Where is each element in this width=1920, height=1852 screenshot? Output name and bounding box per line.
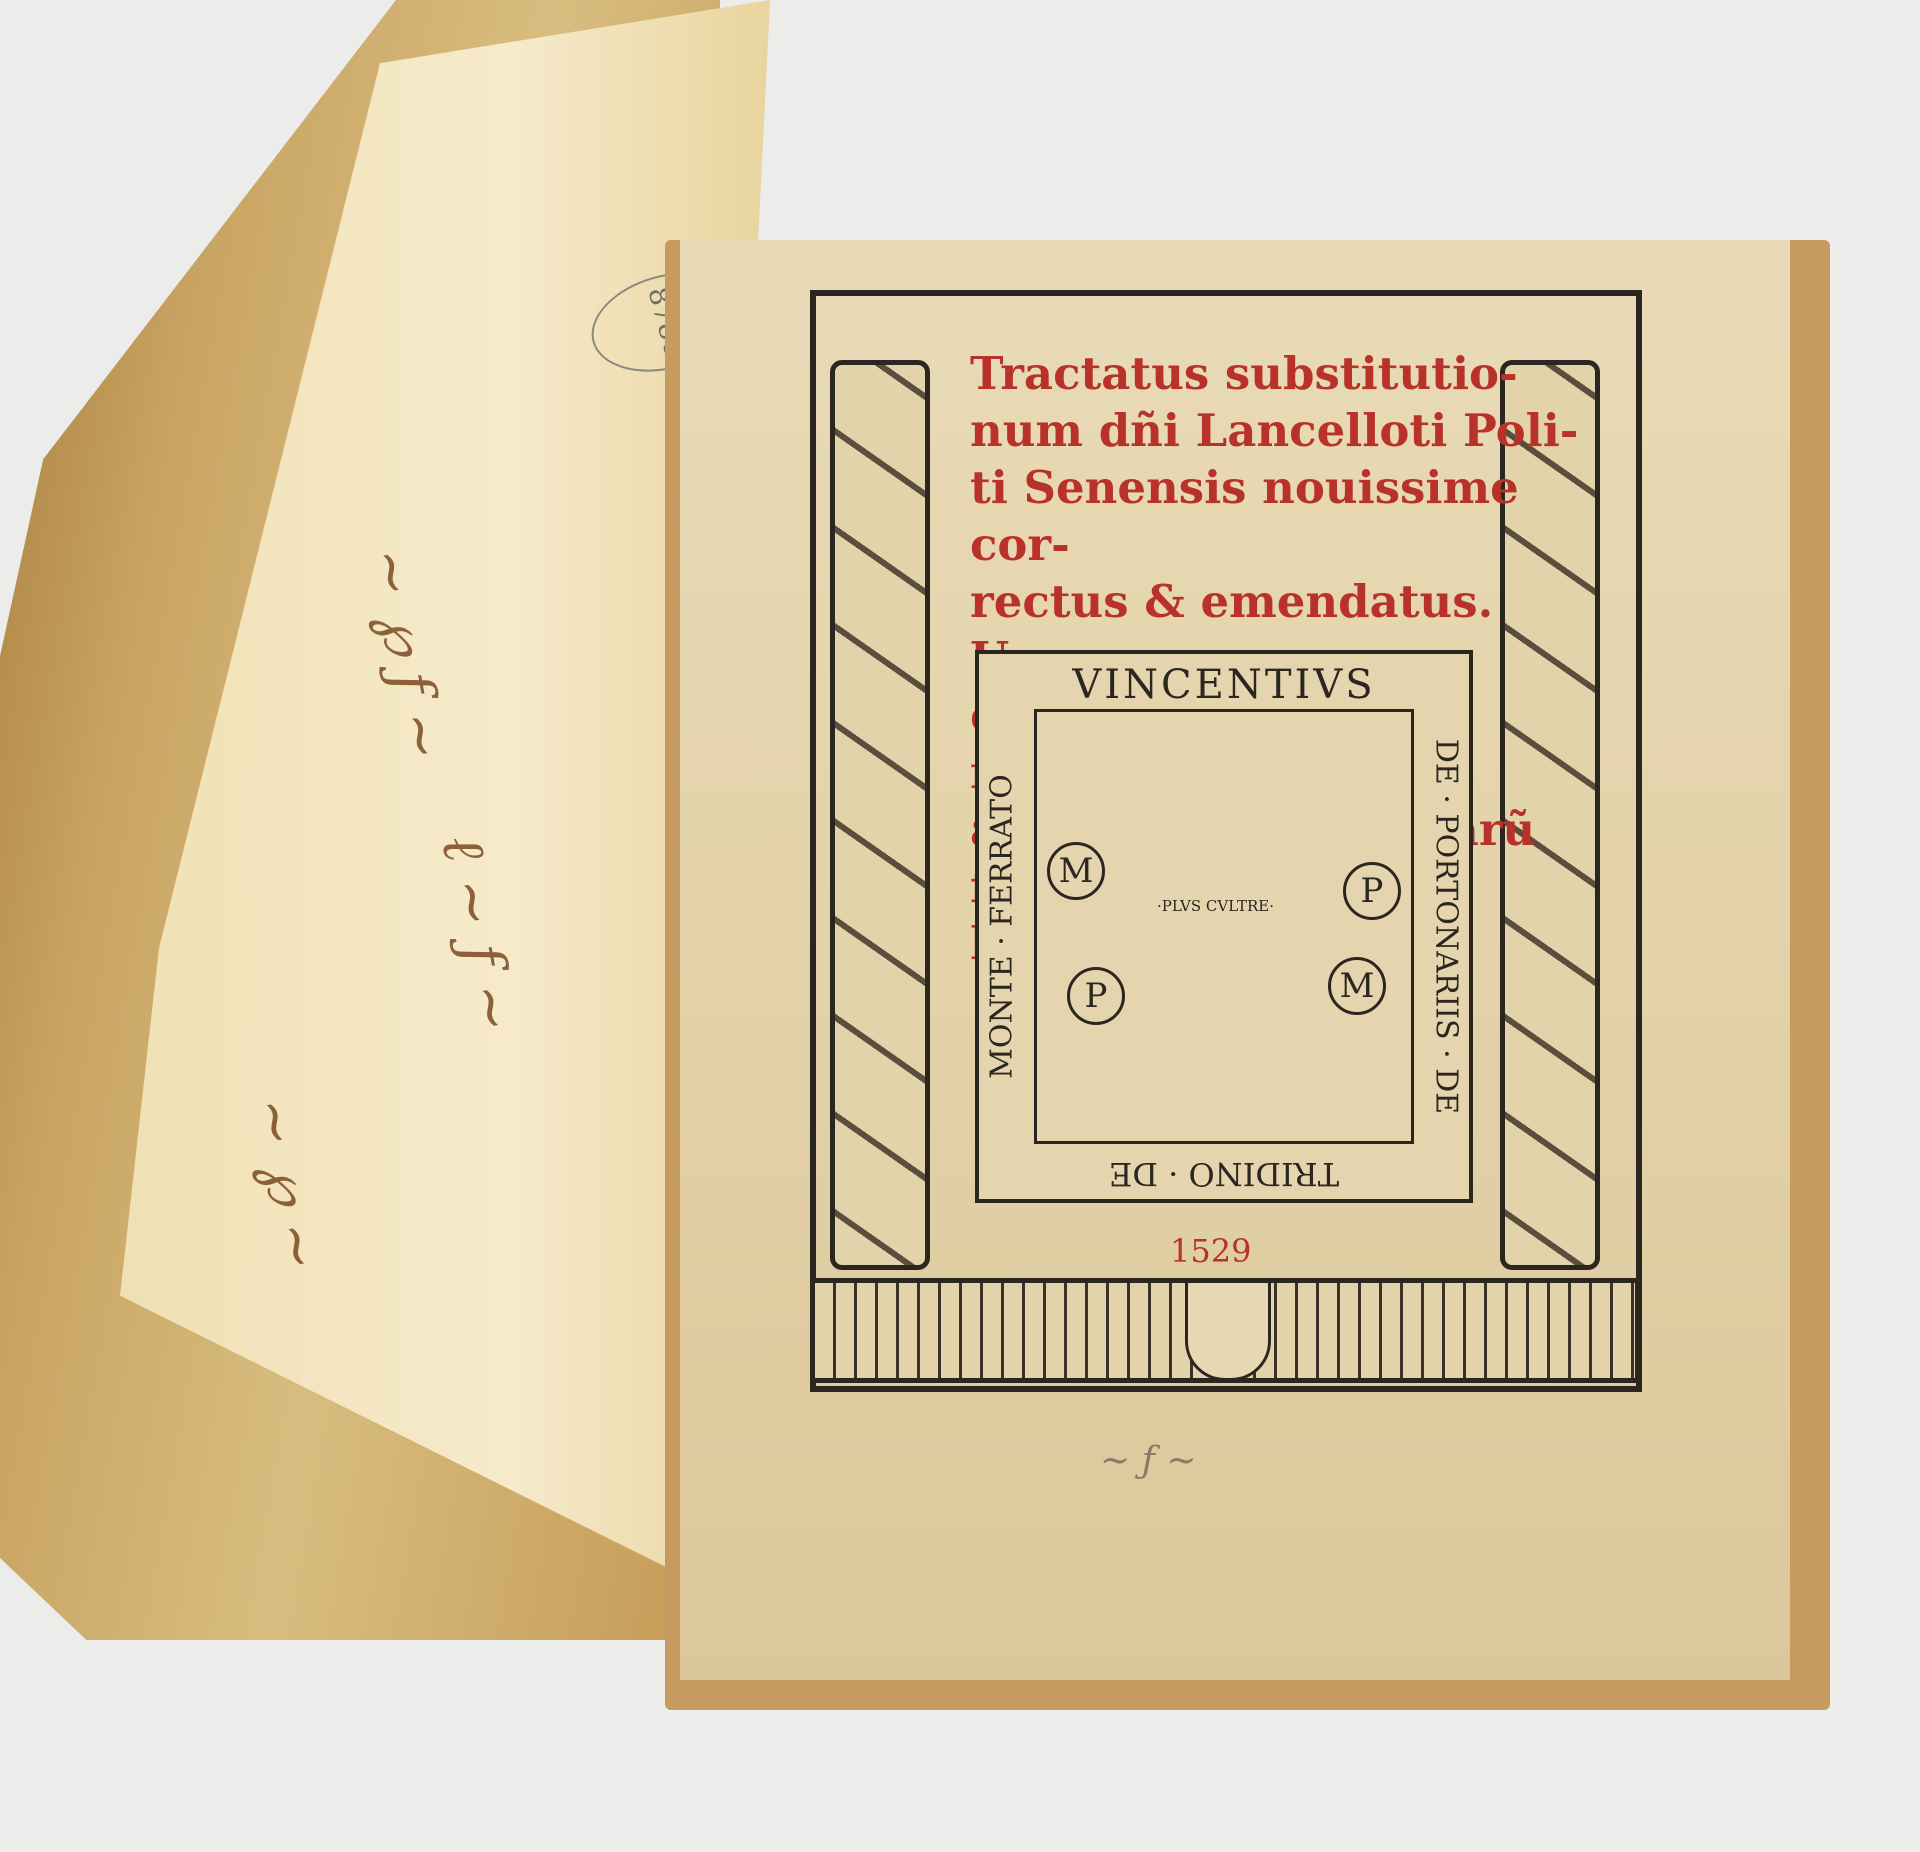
device-text-top: VINCENTIVS [979, 662, 1469, 708]
monogram: P [1343, 862, 1401, 920]
manuscript-writing: ℓ ~ ƒ ~ [428, 831, 529, 1038]
coat-of-arms-shield [1185, 1280, 1271, 1381]
device-text-left: MONTE · FERRATO [985, 722, 1020, 1132]
manuscript-writing: ~ ℘ ~ [239, 1092, 336, 1276]
monogram: M [1047, 842, 1105, 900]
manuscript-writing: ~ ℘ ƒ ~ [355, 543, 459, 766]
ownership-signature: ~ ƒ ~ [1100, 1440, 1197, 1481]
angel-illustration: ·PLVS CVLTRE· M P P M [1034, 709, 1414, 1144]
publication-year: 1529 [1170, 1232, 1251, 1270]
device-motto: ·PLVS CVLTRE· [1157, 897, 1274, 915]
printer-device-woodcut: VINCENTIVS DE · PORTONARIIS · DE TRIDINO… [975, 650, 1473, 1203]
monogram: M [1328, 957, 1386, 1015]
title-line: ti Senensis nouissime cor- [970, 459, 1590, 573]
title-line: num dñi Lancelloti Poli- [970, 402, 1590, 459]
left-pillar [830, 360, 930, 1270]
title-line: Tractatus substitutio- [970, 345, 1590, 402]
device-text-right: DE · PORTONARIIS · DE [1429, 722, 1464, 1132]
device-text-bottom: TRIDINO · DE [979, 1155, 1469, 1193]
monogram: P [1067, 967, 1125, 1025]
